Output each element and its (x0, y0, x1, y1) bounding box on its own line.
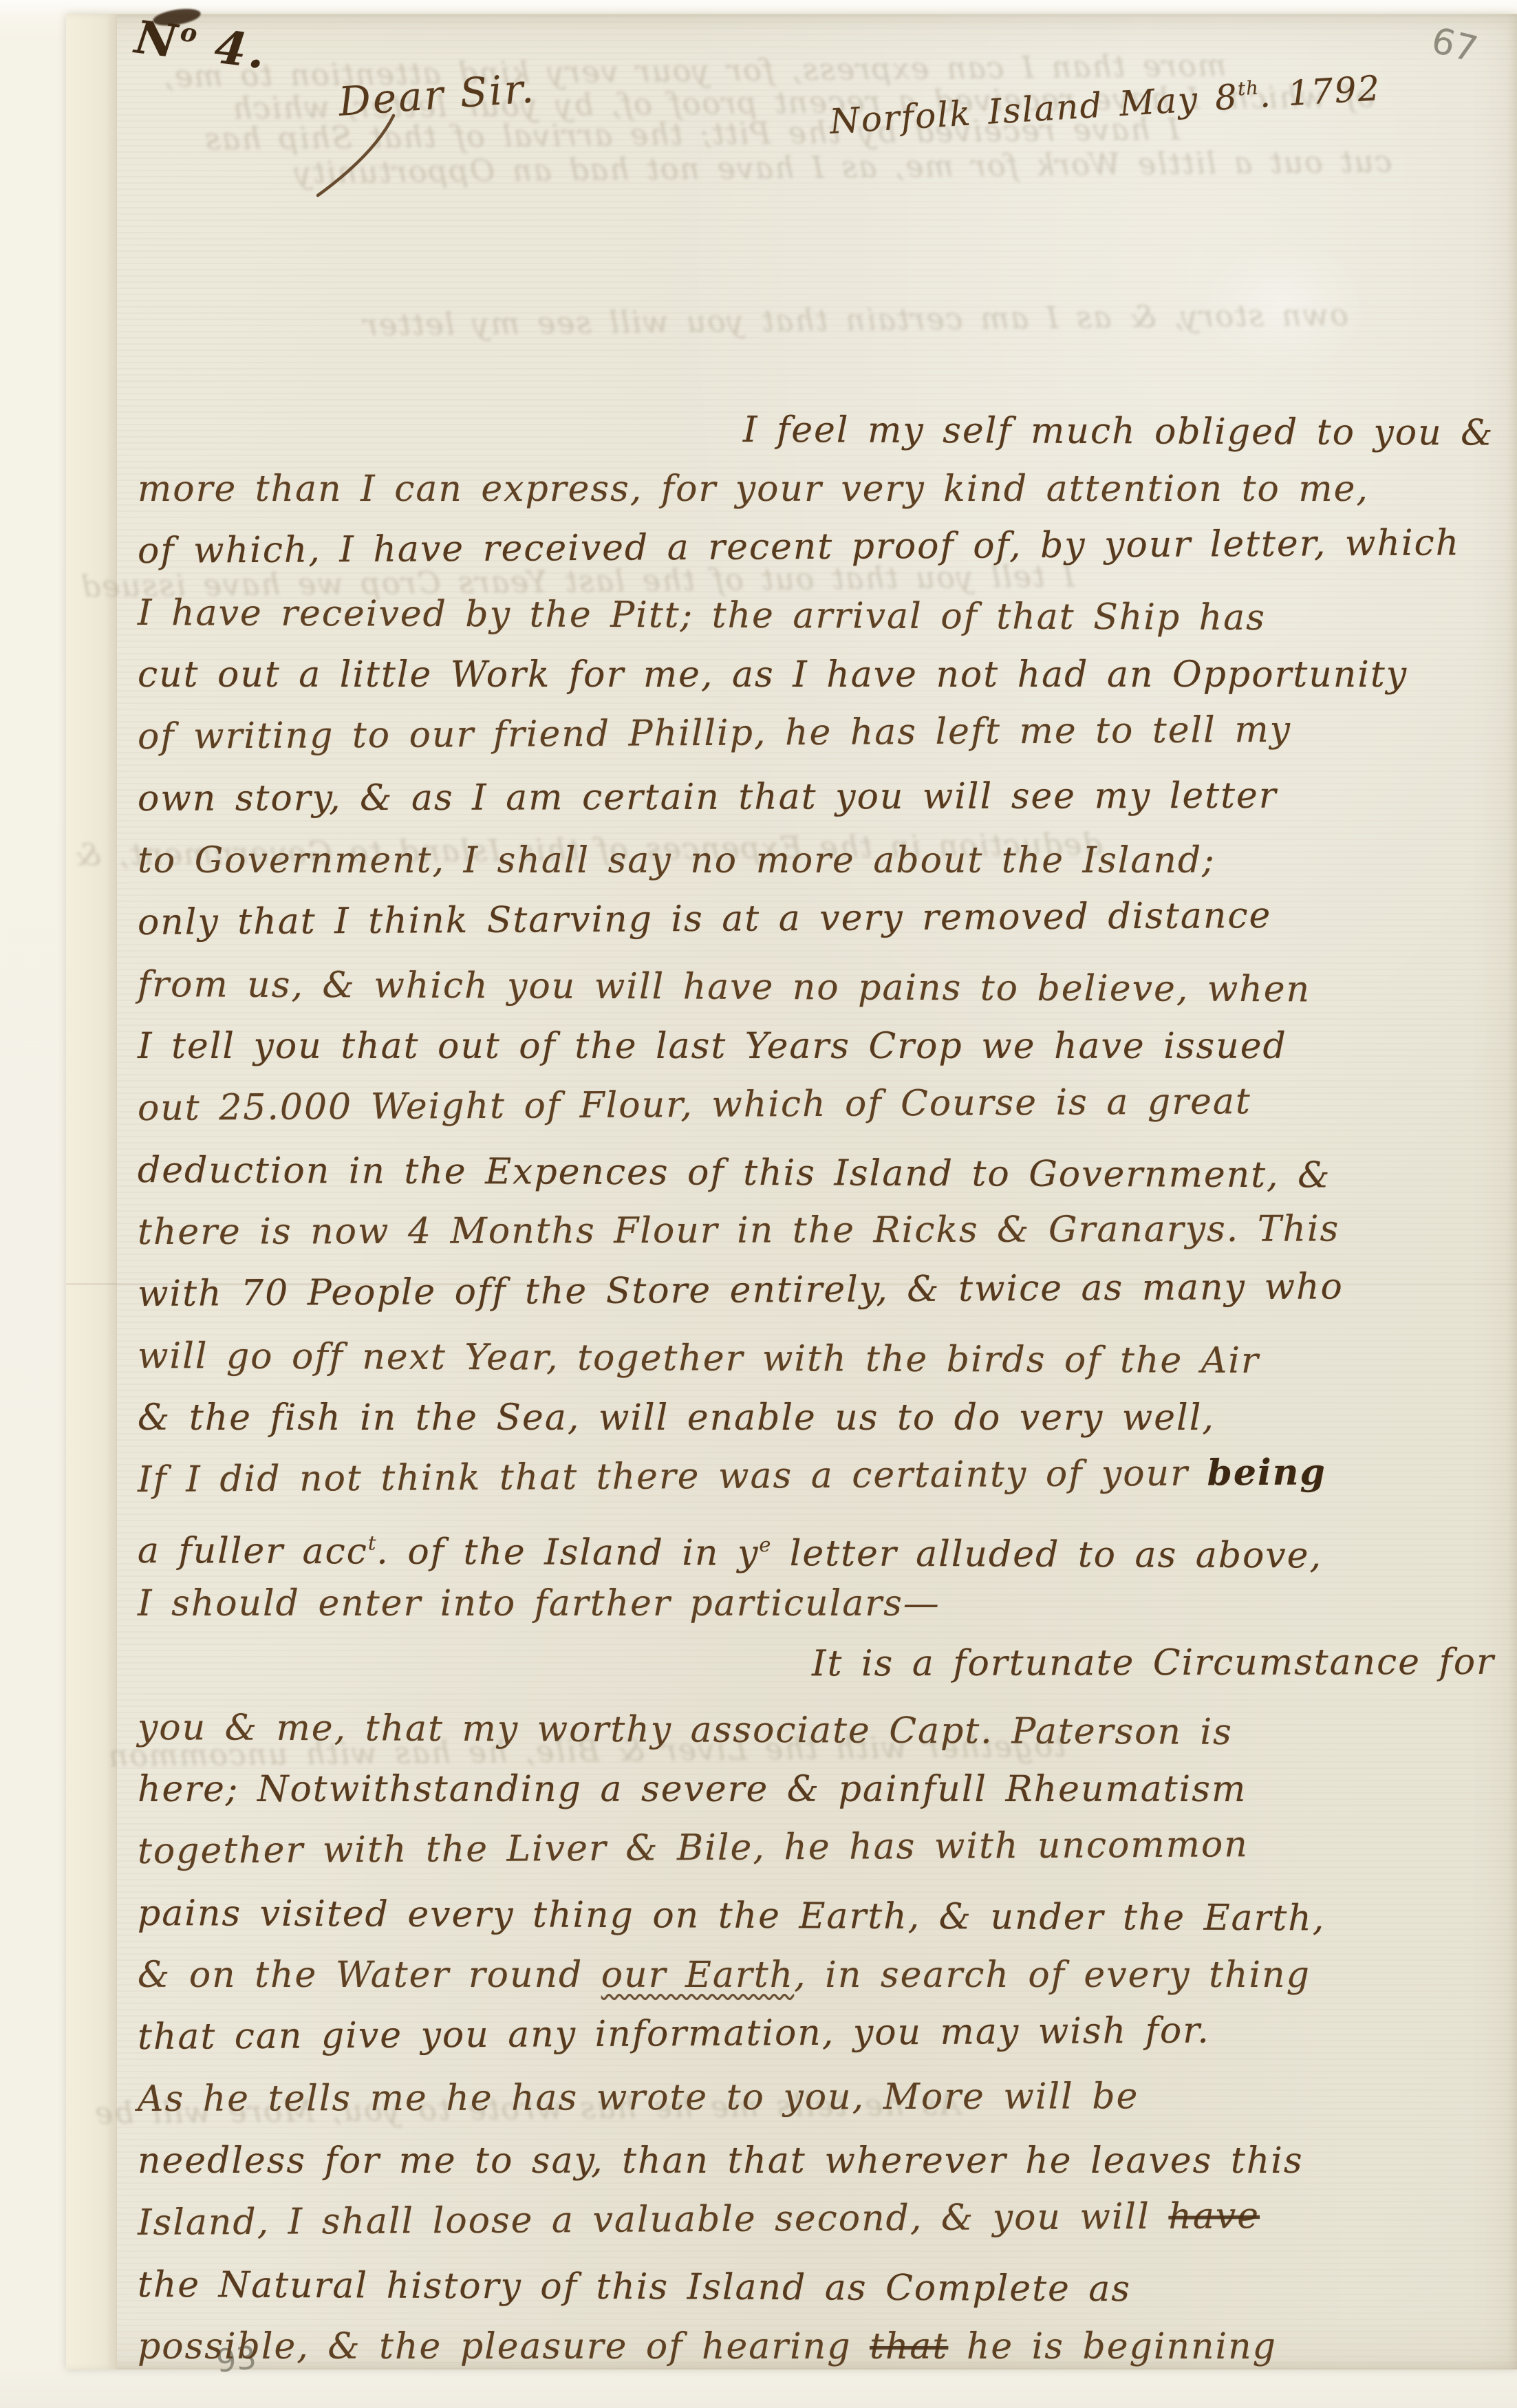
body-line: As he tells me he has wrote to you, More… (138, 2065, 1448, 2130)
body-line: to Government, I shall say no more about… (138, 830, 1448, 892)
body-line: a fuller acct. of the Island in ye lette… (138, 1511, 1448, 1578)
body-line: I tell you that out of the last Years Cr… (138, 1015, 1448, 1077)
body-line: of writing to our friend Phillip, he has… (138, 698, 1449, 768)
body-line: I should enter into farther particulars— (138, 1573, 1448, 1635)
body-line: & on the Water round our Earth, in searc… (138, 1944, 1448, 2006)
body-line: out 25.000 Weight of Flour, which of Cou… (138, 1069, 1449, 1139)
salutation-flourish (312, 110, 405, 203)
body-line: more than I can express, for your very k… (138, 458, 1448, 520)
body-line: possible, & the pleasure of hearing that… (138, 2316, 1448, 2378)
body-line: needless for me to say, than that wherev… (138, 2130, 1448, 2192)
body-line: of which, I have received a recent proof… (138, 512, 1449, 582)
body-line: cut out a little Work for me, as I have … (138, 644, 1448, 706)
body-line: you & me, that my worthy associate Capt.… (138, 1697, 1448, 1764)
body-line: It is a fortunate Circumstance for (138, 1631, 1448, 1697)
body-line: & the fish in the Sea, will enable us to… (138, 1387, 1448, 1449)
body-line: deduction in the Expences of this Island… (138, 1139, 1448, 1207)
body-line: I feel my self much obliged to you & (138, 396, 1448, 464)
letter-page: more than I can express, for your very k… (66, 14, 1517, 2369)
paper-fold-edge (66, 14, 117, 2369)
folio-number-top-right: 67 (1428, 20, 1482, 71)
letter-number: No 4. (132, 10, 271, 80)
letter-body: I feel my self much obliged to you &more… (138, 396, 1448, 2378)
body-line: here; Notwithstanding a severe & painful… (138, 1759, 1448, 1820)
scan-background: more than I can express, for your very k… (0, 0, 1517, 2408)
body-line: with 70 People off the Store entirely, &… (138, 1255, 1449, 1325)
body-line: that can give you any information, you m… (138, 1998, 1449, 2068)
body-line: only that I think Starving is at a very … (138, 883, 1449, 954)
body-line: pains visited every thing on the Earth, … (138, 1882, 1448, 1950)
body-line: I have received by the Pitt; the arrival… (138, 582, 1448, 649)
body-line: together with the Liver & Bile, he has w… (138, 1812, 1449, 1882)
body-line: there is now 4 Months Flour in the Ricks… (138, 1198, 1448, 1263)
body-line: own story, & as I am certain that you wi… (138, 764, 1448, 830)
body-line: Island, I shall loose a valuable second,… (138, 2184, 1449, 2254)
body-line: If I did not think that there was a cert… (138, 1441, 1449, 1511)
body-line: the Natural history of this Island as Co… (138, 2254, 1448, 2321)
body-line: will go off next Year, together with the… (138, 1325, 1448, 1393)
bleed-through-text: own story, & as I am certain that you wi… (362, 297, 1348, 343)
body-line: from us, & which you will have no pains … (138, 954, 1448, 1021)
